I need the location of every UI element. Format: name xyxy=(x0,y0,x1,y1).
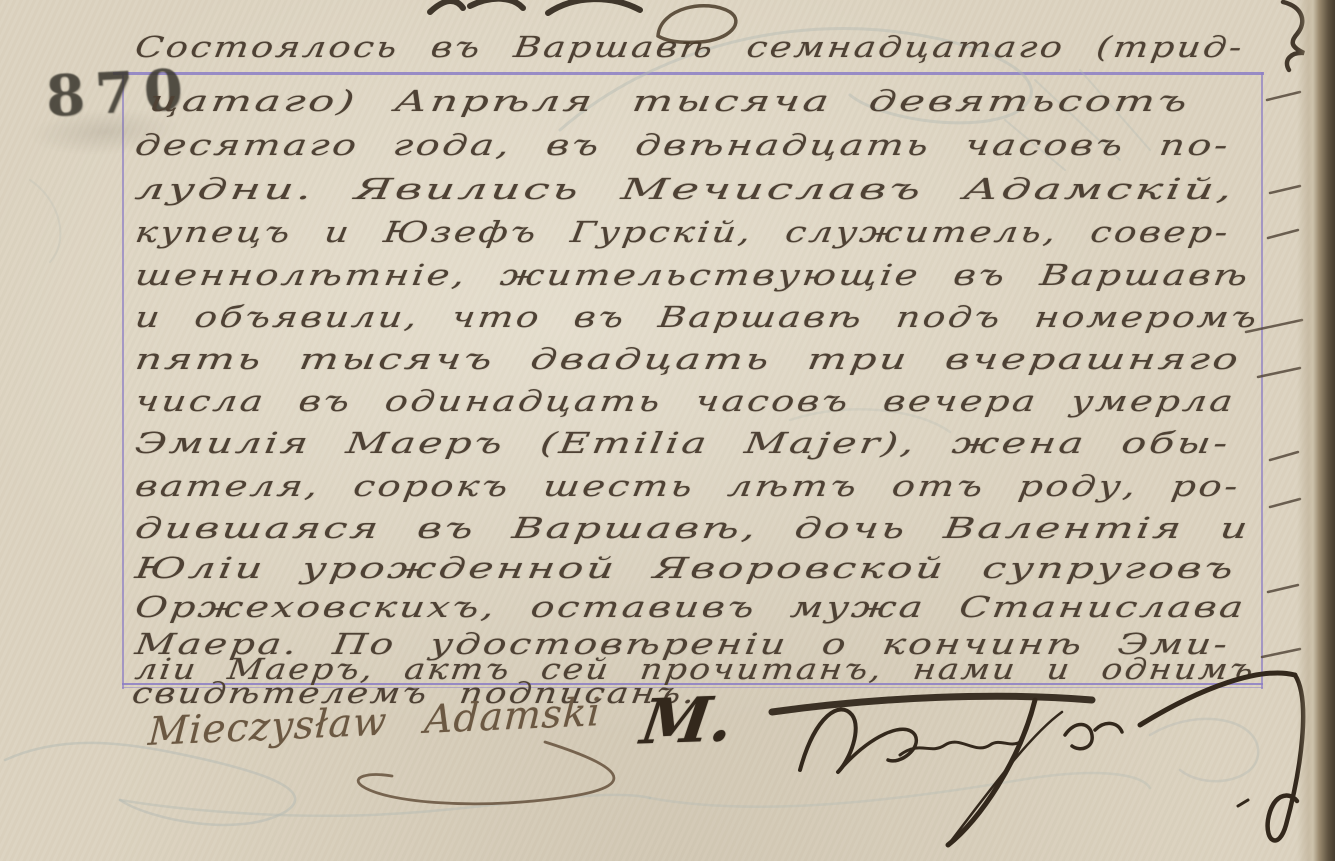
text-line: Состоялось въ Варшавѣ семнадцатаго (трид… xyxy=(133,30,1246,64)
text-line: цатаго) Апрѣля тысяча девятьсотъ xyxy=(147,84,1192,118)
text-line: Оржеховскихъ, оставивъ мужа Станислава xyxy=(133,590,1248,624)
text-line: дившаяся въ Варшавѣ, дочь Валентія и xyxy=(133,511,1253,545)
text-line: пять тысячъ двадцать три вчерашняго xyxy=(133,342,1243,376)
scanned-register-page: 870 Состоялось въ Варшавѣ семнадцатаго (… xyxy=(0,0,1335,861)
text-line: Эмилія Маеръ (Emilia Majer), жена обы- xyxy=(133,426,1233,460)
text-line: лудни. Явились Мечиславъ Адамскій, xyxy=(133,172,1237,206)
text-line: вателя, сорокъ шесть лѣтъ отъ роду, ро- xyxy=(133,469,1242,503)
official-signature-initial: М. xyxy=(637,682,738,758)
page-edge-shadow xyxy=(1297,0,1335,861)
text-line: купецъ и Юзефъ Гурскій, служитель, совер… xyxy=(133,215,1233,249)
text-line: десятаго года, въ двѣнадцать часовъ по- xyxy=(133,128,1233,162)
text-line: числа въ одинадцать часовъ вечера умерла xyxy=(133,384,1238,418)
text-line: шеннолѣтніе, жительствующіе въ Варшавѣ xyxy=(133,258,1252,292)
text-line: и объявили, что въ Варшавѣ подъ номеромъ xyxy=(133,300,1261,334)
text-line: Юліи урожденной Яворовской супруговъ xyxy=(133,551,1238,585)
